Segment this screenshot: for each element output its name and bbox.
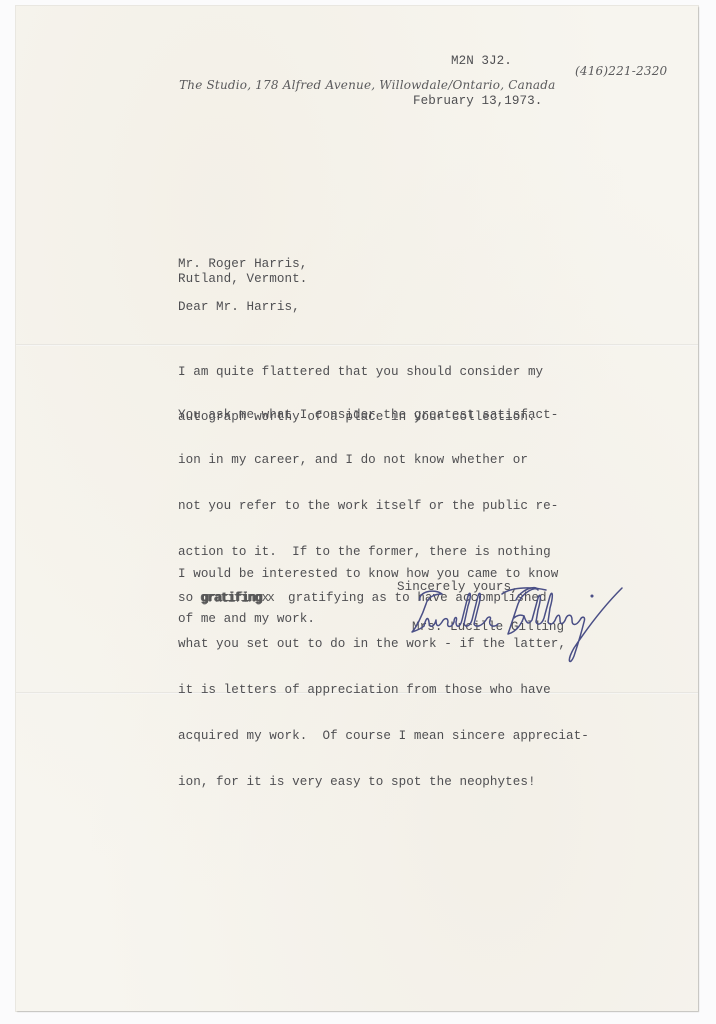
recipient-address: Mr. Roger Harris,Rutland, Vermont. bbox=[178, 257, 307, 288]
recipient-name: Mr. Roger Harris, bbox=[178, 257, 307, 272]
letterhead-phone: (416)221-2320 bbox=[575, 64, 667, 78]
letter-date: February 13,1973. bbox=[413, 94, 542, 109]
letter-paper: M2N 3J2. The Studio, 178 Alfred Avenue, … bbox=[16, 6, 698, 1011]
typed-signature-name: Mrs. Lucille Gilling bbox=[412, 620, 564, 635]
paragraph-line: ion, for it is very easy to spot the neo… bbox=[178, 775, 589, 790]
letterhead: The Studio, 178 Alfred Avenue, Willowdal… bbox=[163, 64, 555, 120]
paragraph-line: acquired my work. Of course I mean since… bbox=[178, 729, 589, 744]
paragraph-line: not you refer to the work itself or the … bbox=[178, 499, 589, 514]
letterhead-address: The Studio, 178 Alfred Avenue, Willowdal… bbox=[179, 78, 555, 92]
paragraph-line: ion in my career, and I do not know whet… bbox=[178, 453, 589, 468]
closing: Sincerely yours, bbox=[397, 580, 519, 595]
paragraph-line: You ask me what I consider the greatest … bbox=[178, 408, 589, 423]
paragraph-line: it is letters of appreciation from those… bbox=[178, 683, 589, 698]
recipient-location: Rutland, Vermont. bbox=[178, 272, 307, 287]
paragraph-3: I would be interested to know how you ca… bbox=[178, 536, 558, 658]
salutation: Dear Mr. Harris, bbox=[178, 300, 300, 315]
